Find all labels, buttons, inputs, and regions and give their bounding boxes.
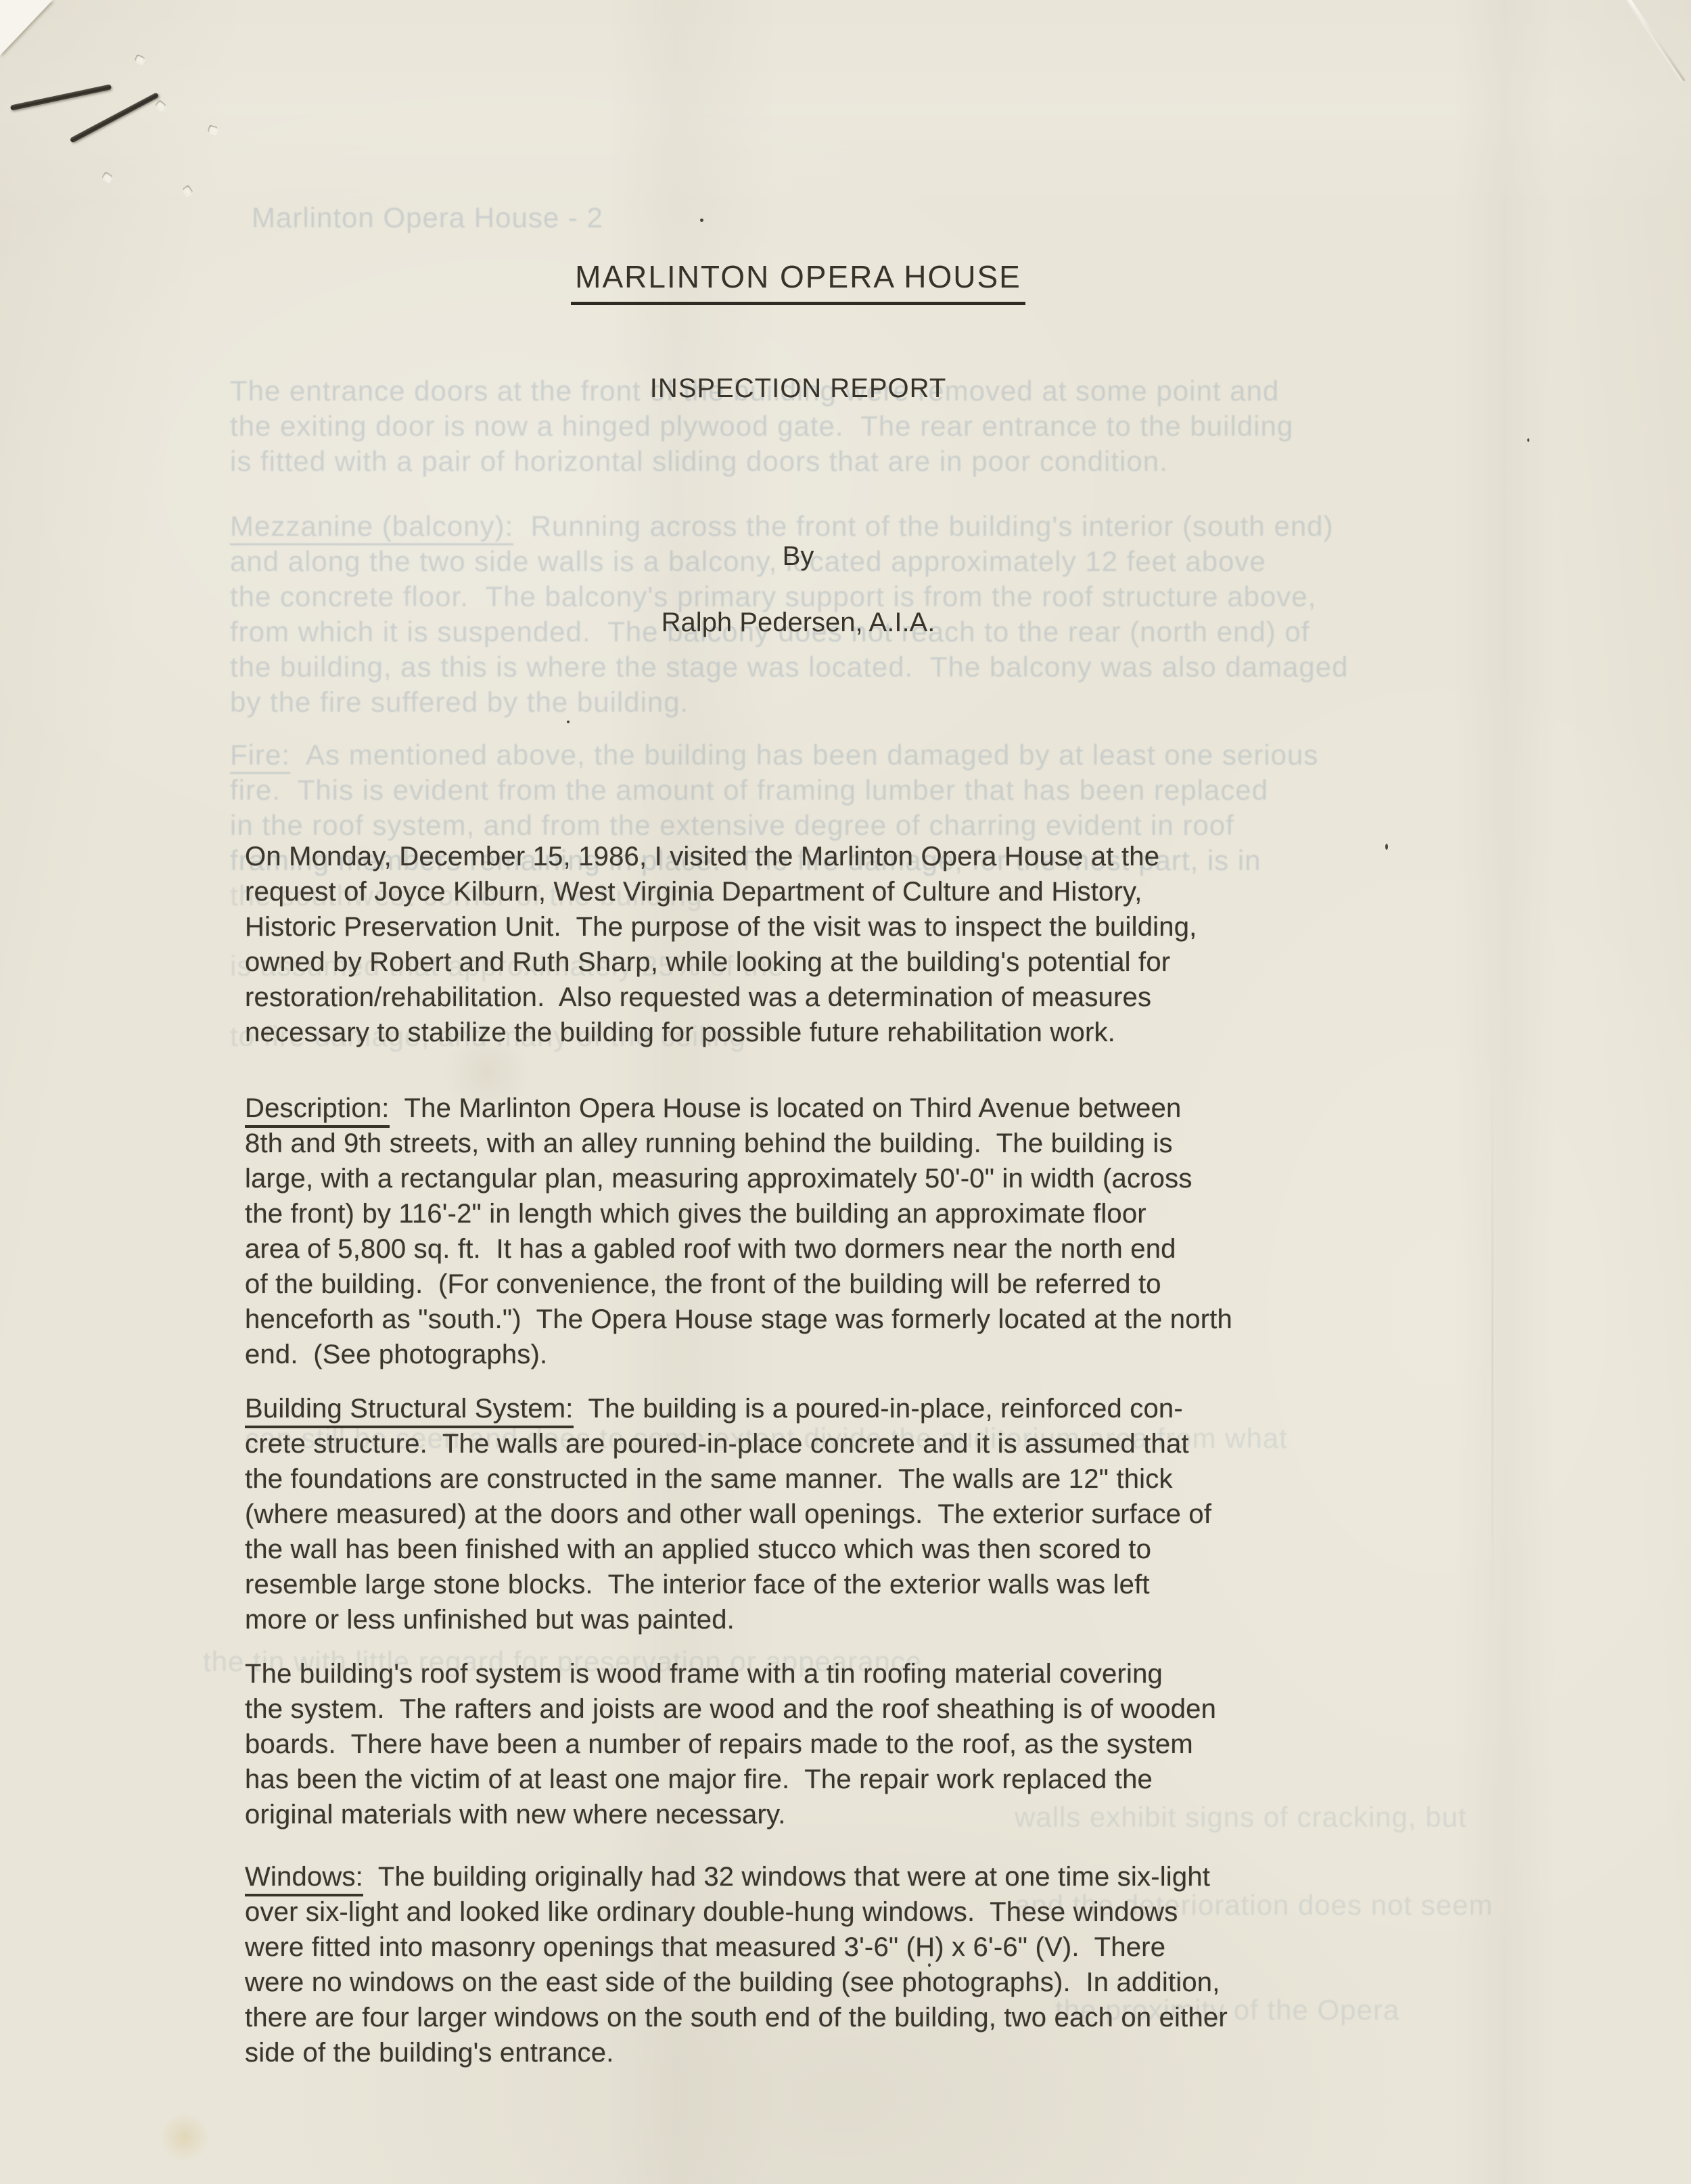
bleedthrough-line: Mezzanine (balcony): Running across the … bbox=[230, 509, 1334, 544]
text-line: the foundations are constructed in the s… bbox=[245, 1461, 1211, 1497]
author-name: Ralph Pedersen, A.I.A. bbox=[230, 608, 1366, 638]
text-line: the wall has been finished with an appli… bbox=[245, 1532, 1211, 1567]
text-line: 8th and 9th streets, with an alley runni… bbox=[245, 1126, 1232, 1161]
text-line: has been the victim of at least one majo… bbox=[245, 1762, 1216, 1797]
paragraph: The building's roof system is wood frame… bbox=[245, 1656, 1216, 1832]
folded-corner bbox=[0, 0, 53, 55]
staple-icon bbox=[70, 92, 160, 143]
text-line: end. (See photographs). bbox=[245, 1337, 1232, 1372]
text-line: boards. There have been a number of repa… bbox=[245, 1727, 1216, 1762]
staple-hole bbox=[182, 185, 193, 196]
text-line: the system. The rafters and joists are w… bbox=[245, 1691, 1216, 1727]
bleedthrough-line: the exiting door is now a hinged plywood… bbox=[230, 409, 1293, 444]
text-line: (where measured) at the doors and other … bbox=[245, 1497, 1211, 1532]
bleedthrough-line: by the fire suffered by the building. bbox=[230, 685, 689, 720]
paragraph: On Monday, December 15, 1986, I visited … bbox=[245, 839, 1197, 1050]
text-line: resemble large stone blocks. The interio… bbox=[245, 1567, 1211, 1602]
text-line: crete structure. The walls are poured-in… bbox=[245, 1426, 1211, 1461]
section-heading: Building Structural System: bbox=[245, 1394, 574, 1428]
bleedthrough-line: in the roof system, and from the extensi… bbox=[230, 808, 1234, 843]
section-heading: Description: bbox=[245, 1093, 390, 1128]
scanned-page: Marlinton Opera House - 2The entrance do… bbox=[0, 0, 1691, 2184]
bleedthrough-line: the building, as this is where the stage… bbox=[230, 650, 1349, 685]
dust-speck bbox=[928, 1963, 931, 1967]
text-line: Windows: The building originally had 32 … bbox=[245, 1859, 1228, 1894]
text-line: were fitted into masonry openings that m… bbox=[245, 1930, 1228, 1965]
staple-hole bbox=[208, 125, 218, 135]
paragraph: Building Structural System: The building… bbox=[245, 1391, 1211, 1637]
text-line: necessary to stabilize the building for … bbox=[245, 1015, 1197, 1050]
text-line: On Monday, December 15, 1986, I visited … bbox=[245, 839, 1197, 874]
text-line: request of Joyce Kilburn, West Virginia … bbox=[245, 874, 1197, 909]
text-line: there are four larger windows on the sou… bbox=[245, 2000, 1228, 2035]
staple-hole bbox=[101, 171, 113, 182]
dust-speck bbox=[1527, 438, 1529, 442]
staple-hole bbox=[155, 99, 166, 111]
bleedthrough-heading: Fire: bbox=[230, 739, 290, 774]
text-line: Historic Preservation Unit. The purpose … bbox=[245, 909, 1197, 945]
bleedthrough-heading: Mezzanine (balcony): bbox=[230, 510, 513, 545]
byline-label: By bbox=[230, 541, 1366, 572]
dust-speck bbox=[567, 721, 570, 723]
text-line: of the building. (For convenience, the f… bbox=[245, 1267, 1232, 1302]
document-title-text: MARLINTON OPERA HOUSE bbox=[571, 258, 1025, 305]
bleedthrough-line: Marlinton Opera House - 2 bbox=[252, 200, 603, 235]
section-heading: Windows: bbox=[245, 1862, 363, 1896]
text-line: side of the building's entrance. bbox=[245, 2035, 1228, 2070]
text-line: henceforth as "south.") The Opera House … bbox=[245, 1302, 1232, 1337]
text-line: over six-light and looked like ordinary … bbox=[245, 1894, 1228, 1930]
staple-hole bbox=[134, 54, 145, 64]
dust-speck bbox=[1385, 844, 1388, 850]
bleedthrough-line: Fire: As mentioned above, the building h… bbox=[230, 737, 1318, 773]
bleedthrough-line: is fitted with a pair of horizontal slid… bbox=[230, 444, 1168, 479]
text-line: more or less unfinished but was painted. bbox=[245, 1602, 1211, 1637]
text-line: were no windows on the east side of the … bbox=[245, 1965, 1228, 2000]
document-title: MARLINTON OPERA HOUSE bbox=[230, 258, 1366, 305]
text-line: area of 5,800 sq. ft. It has a gabled ro… bbox=[245, 1231, 1232, 1267]
paper-crease bbox=[1491, 1055, 1493, 1631]
text-line: The building's roof system is wood frame… bbox=[245, 1656, 1216, 1691]
paper-stain bbox=[161, 2111, 208, 2164]
text-line: Building Structural System: The building… bbox=[245, 1391, 1211, 1426]
dust-speck bbox=[700, 219, 703, 222]
text-line: restoration/rehabilitation. Also request… bbox=[245, 980, 1197, 1015]
text-line: the front) by 116'-2" in length which gi… bbox=[245, 1196, 1232, 1231]
staple-icon bbox=[10, 84, 112, 110]
paragraph: Description: The Marlinton Opera House i… bbox=[245, 1091, 1232, 1372]
bleedthrough-line: fire. This is evident from the amount of… bbox=[230, 773, 1268, 808]
corner-crease bbox=[1627, 0, 1686, 82]
text-line: Description: The Marlinton Opera House i… bbox=[245, 1091, 1232, 1126]
text-line: large, with a rectangular plan, measurin… bbox=[245, 1161, 1232, 1196]
text-line: original materials with new where necess… bbox=[245, 1797, 1216, 1832]
document-subtitle: INSPECTION REPORT bbox=[230, 373, 1366, 404]
text-line: owned by Robert and Ruth Sharp, while lo… bbox=[245, 945, 1197, 980]
paragraph: Windows: The building originally had 32 … bbox=[245, 1859, 1228, 2070]
